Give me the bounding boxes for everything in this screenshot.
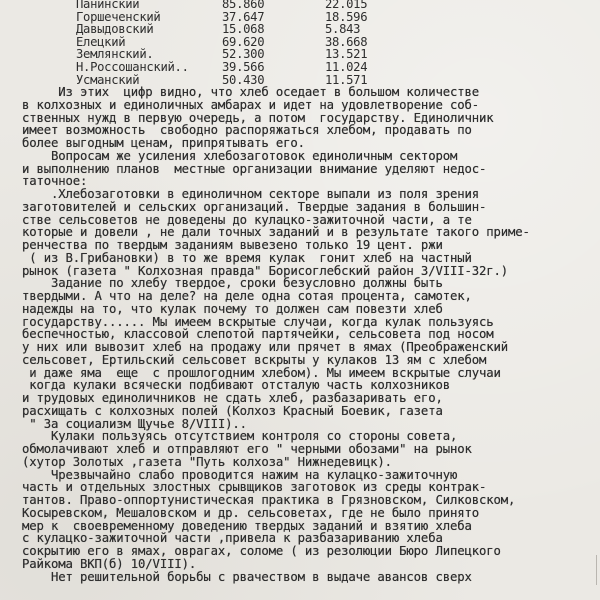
text-line: более выгодным ценам, припрятывать его. [22,137,600,150]
text-line: расхищать с колхозных полей (Колхоз Крас… [22,405,600,418]
text-line: тантов. Право-оппортунистическая практик… [22,494,600,507]
grain-figures-table: Панинский85.86022.015Горшеченский37.6471… [0,0,600,86]
text-line: в колхозных и единоличных амбарах и идет… [22,99,600,112]
text-line: Нет решительной борьбы с рвачеством в вы… [22,571,600,584]
text-line: заготовителей и сельских организаций. Тв… [22,201,600,214]
page-edge-mark [596,555,597,585]
text-line: Райкома ВКП(б) 10/VIII). [22,558,600,571]
text-line: сельсовет, Ертильский сельсовет вскрыты … [22,354,600,367]
text-line: и выполнению планов местные организации … [22,163,600,176]
value-column-1: 85.860 [222,0,264,11]
text-line: твердыми. А что на деле? на деле одна со… [22,290,600,303]
district-name: Панинский [76,0,139,11]
value-column-1: 15.068 [222,23,264,36]
text-line: у них или вывозит хлеб на продажу или пр… [22,341,600,354]
district-name: Давыдовский [76,23,153,36]
text-line: Из этих цифр видно, что хлеб оседает в б… [22,86,600,99]
text-line: Косыревском, Мешаловском и др. сельсовет… [22,507,600,520]
document-body-text: Из этих цифр видно, что хлеб оседает в б… [22,86,600,583]
district-name: Н.Россошанский.. [76,61,189,74]
value-column-2: 5.843 [325,23,360,36]
value-column-1: 39.566 [222,61,264,74]
text-line: ренчества по твердым заданиям вывезено т… [22,239,600,252]
text-line: .Хлебозаготовки в единоличном секторе вы… [22,188,600,201]
table-row: Н.Россошанский..39.56611.024 [0,61,600,74]
text-line: сокрытию его в ямах, оврагах, соломе ( и… [22,545,600,558]
table-row: Давыдовский15.0685.843 [0,23,600,36]
value-column-2: 11.024 [325,61,367,74]
text-line: и трудовых единоличников не сдать хлеб, … [22,392,600,405]
value-column-2: 22.015 [325,0,367,11]
text-line: ( из В.Грибановки) в то же время кулак г… [22,252,600,265]
text-line: надежды на то, что кулак почему то долже… [22,303,600,316]
text-line: обмолачивают хлеб и отправляют его " чер… [22,443,600,456]
text-line: (хутор Золотых ,газета "Путь колхоза" Ни… [22,456,600,469]
document-page: Панинский85.86022.015Горшеченский37.6471… [0,0,600,600]
text-line: Вопросам же усиления хлебозаготовок един… [22,150,600,163]
table-row: Панинский85.86022.015 [0,0,600,11]
